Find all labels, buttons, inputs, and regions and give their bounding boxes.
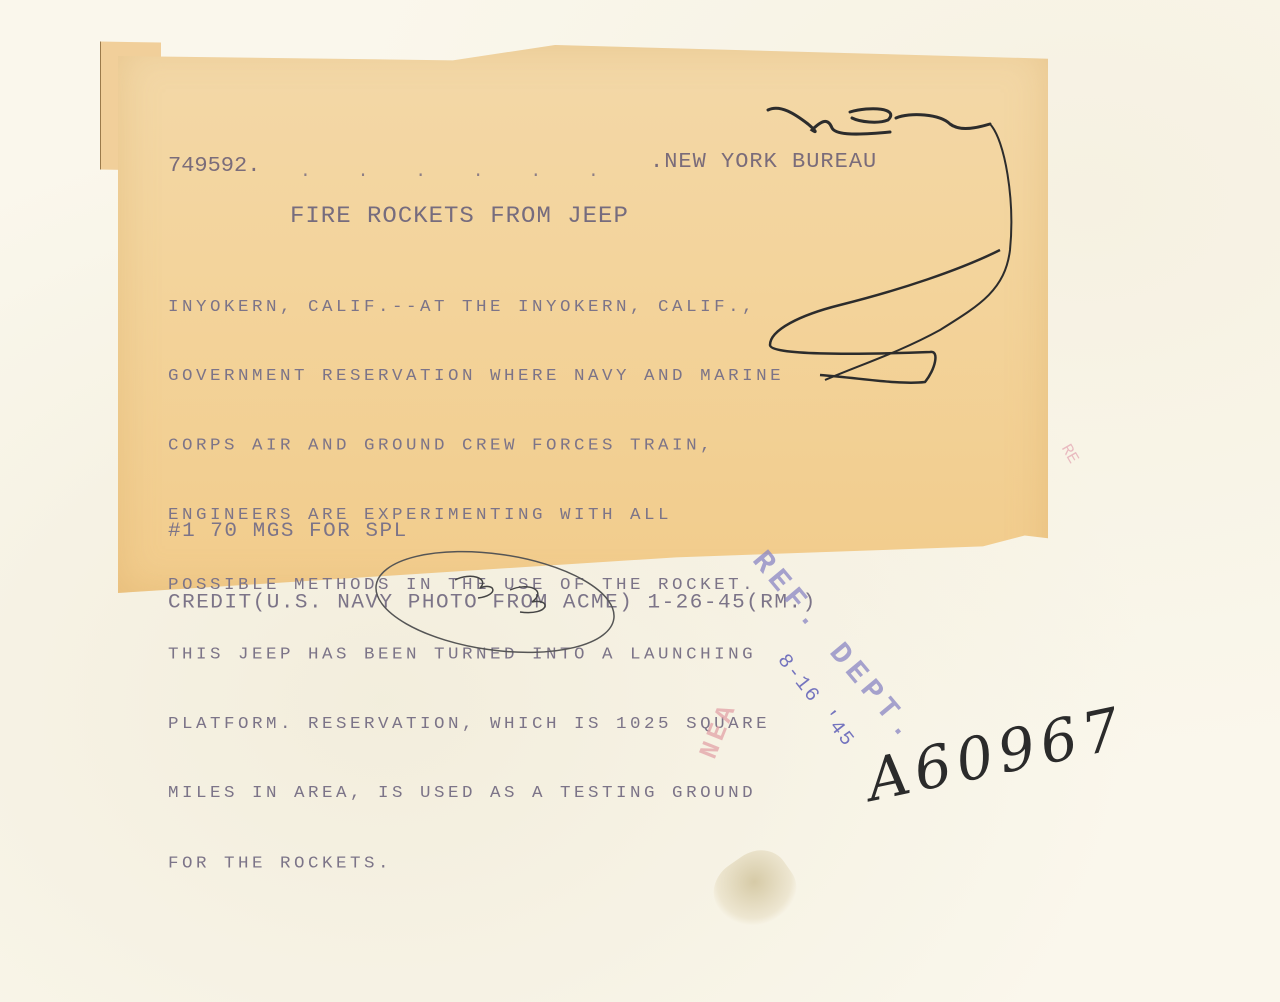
circled-number-33 <box>360 550 630 660</box>
caption-line: CORPS AIR AND GROUND CREW FORCES TRAIN, <box>168 435 784 458</box>
caption-line: GOVERNMENT RESERVATION WHERE NAVY AND MA… <box>168 365 784 388</box>
caption-line: MILES IN AREA, IS USED AS A TESTING GROU… <box>168 782 784 805</box>
bureau-label: .NEW YORK BUREAU <box>650 151 877 174</box>
photo-number: 749592. <box>168 155 260 178</box>
caption-line: PLATFORM. RESERVATION, WHICH IS 1025 SQU… <box>168 713 784 736</box>
caption-line: FOR THE ROCKETS. <box>168 852 784 875</box>
caption-line: INYOKERN, CALIF.--AT THE INYOKERN, CALIF… <box>168 295 784 318</box>
caption-headline: FIRE ROCKETS FROM JEEP <box>290 206 629 229</box>
footer-line-mgs: #1 70 MGS FOR SPL <box>168 520 817 544</box>
header-dots: . . . . . . <box>300 161 617 184</box>
